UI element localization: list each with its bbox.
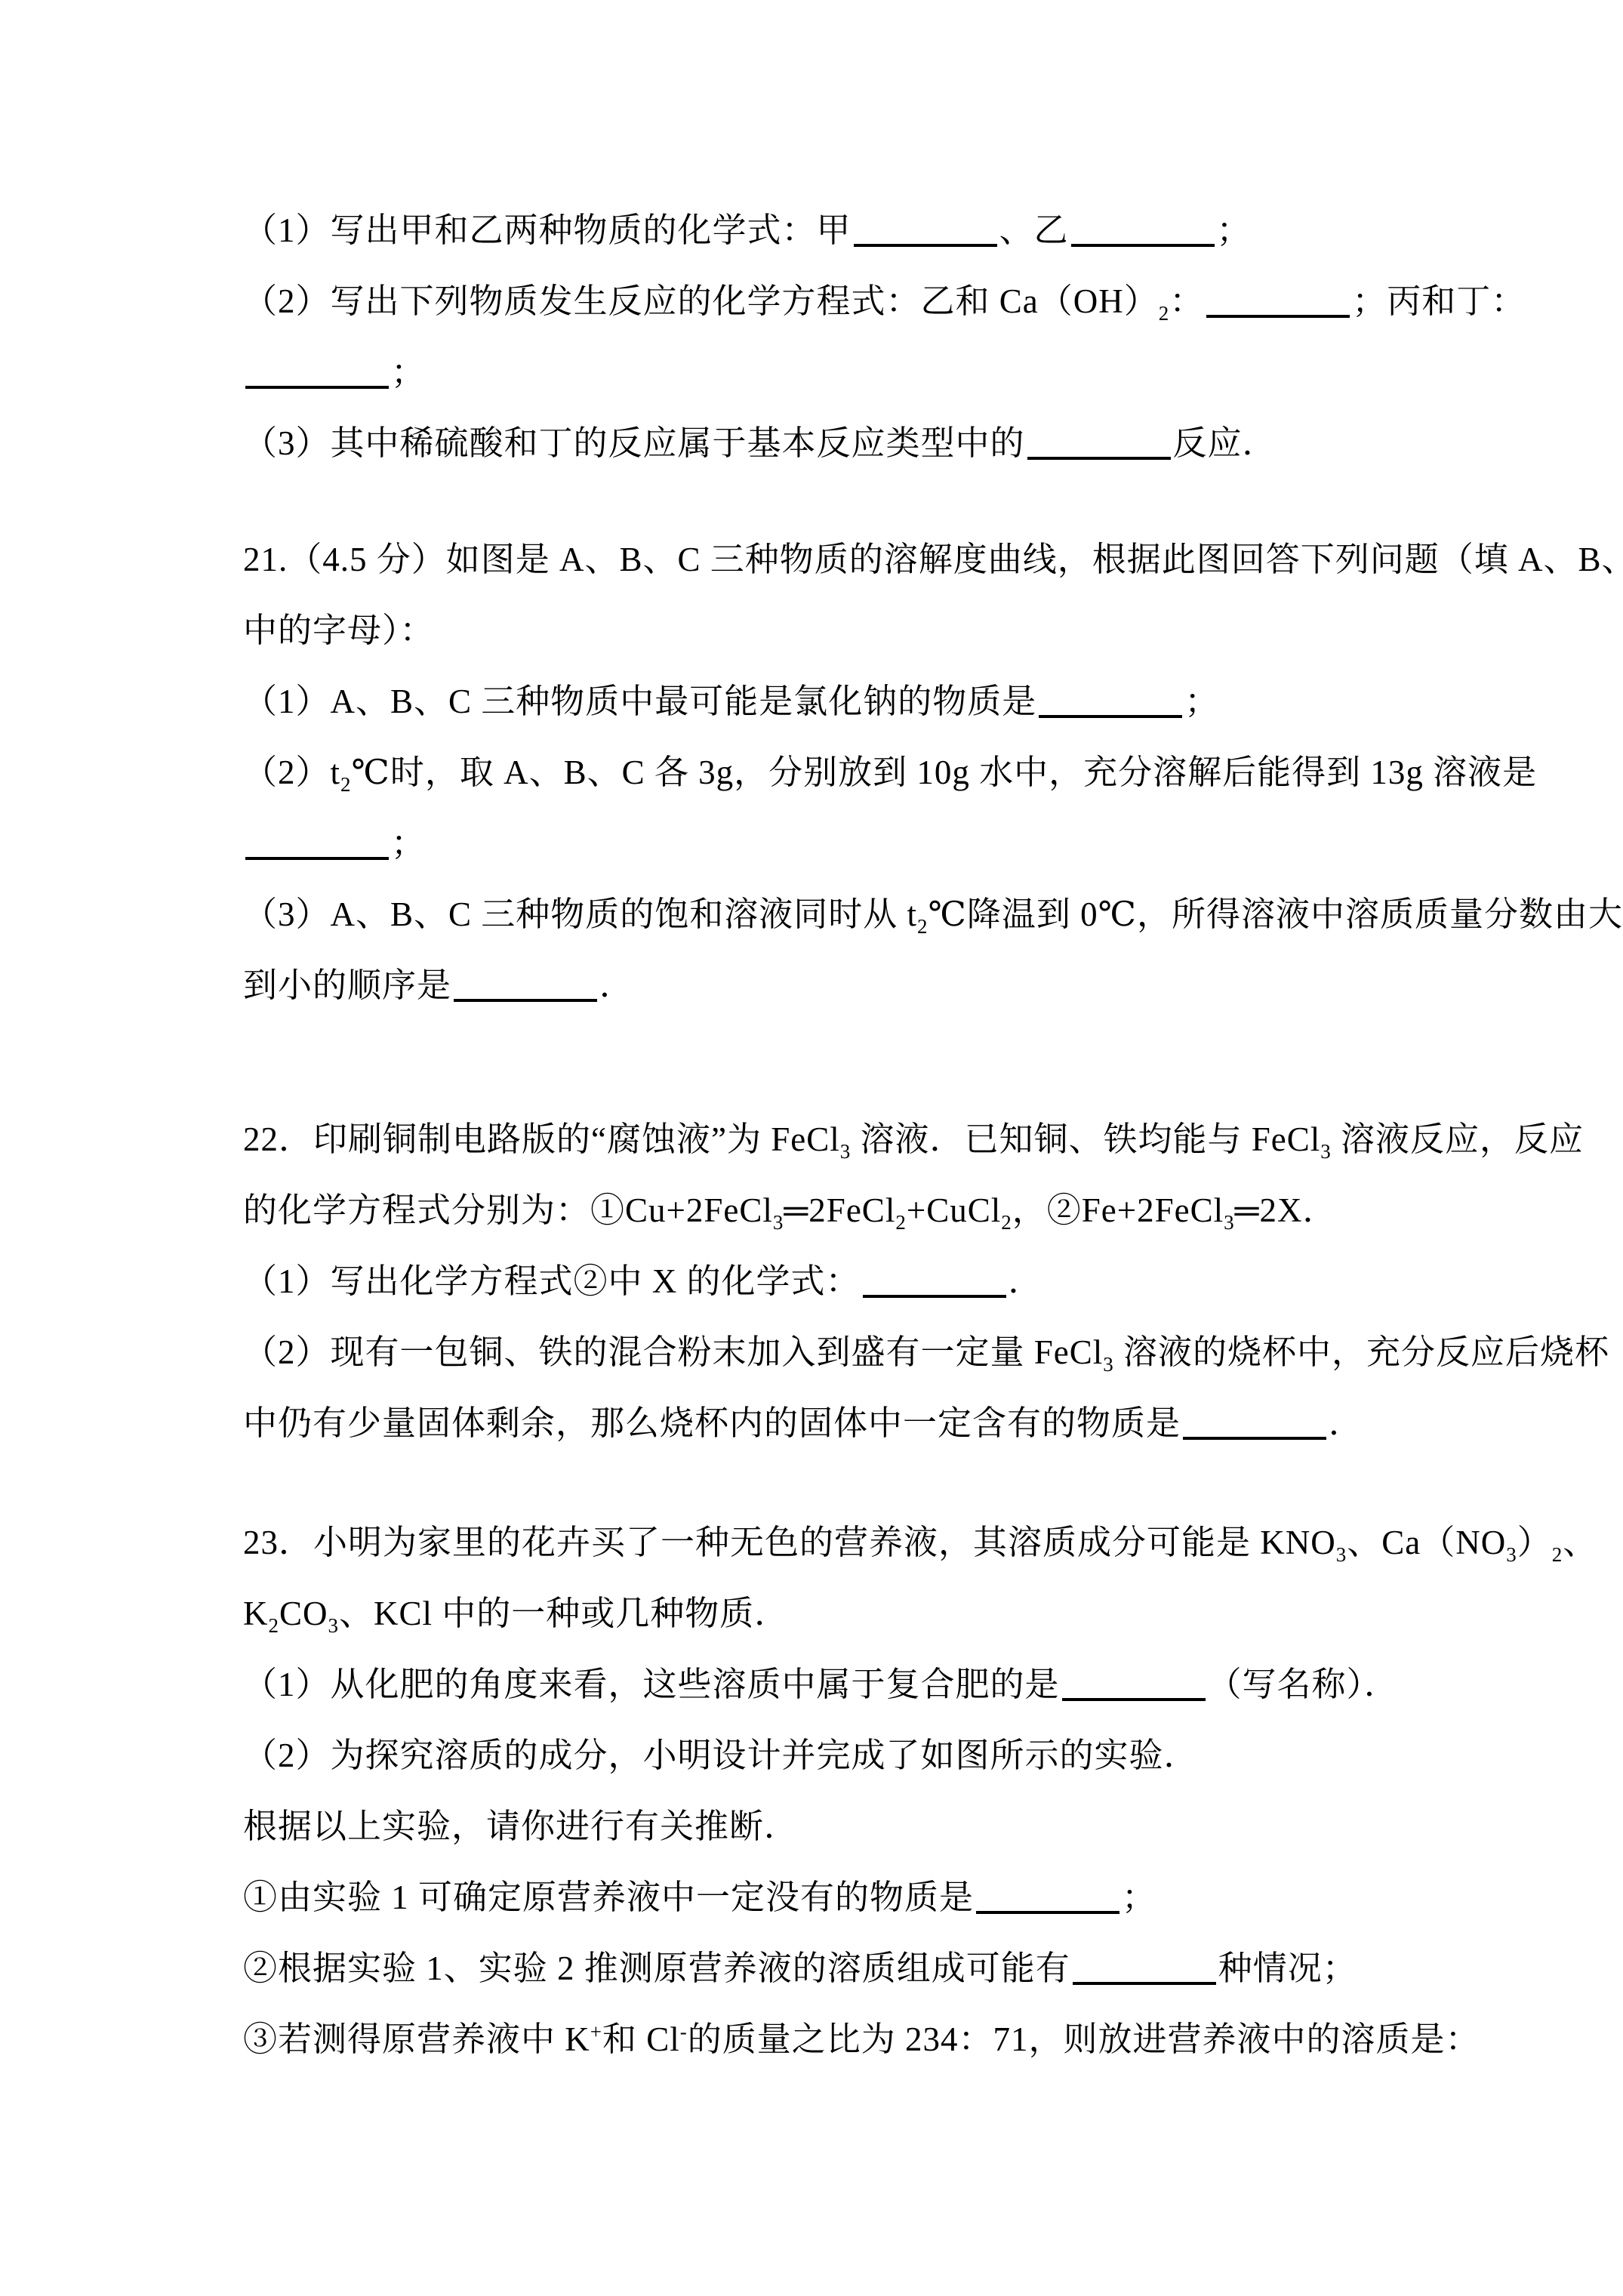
- text-run: 的质量之比为 234：71，则放进营养液中的溶质是：: [688, 2020, 1480, 2058]
- answer-blank: [1071, 236, 1215, 247]
- q21-stem-cont: 中的字母）：: [243, 595, 1517, 666]
- text-run: ═2FeCl: [784, 1191, 895, 1229]
- answer-blank: [1183, 1429, 1326, 1440]
- text-run: ③若测得原营养液中 K: [243, 2020, 590, 2058]
- subscript: 3: [1336, 1543, 1347, 1566]
- text-run: （写名称）．: [1208, 1666, 1400, 1703]
- text-run: CO: [279, 1595, 328, 1632]
- text-run: （2）写出下列物质发生反应的化学方程式：乙和 Ca（OH）: [243, 282, 1159, 320]
- answer-blank: [854, 236, 997, 247]
- answer-blank: [1039, 707, 1182, 718]
- q20-subparts: （1）写出甲和乙两种物质的化学式：甲、乙；（2）写出下列物质发生反应的化学方程式…: [243, 195, 1517, 479]
- text-run: K: [243, 1595, 269, 1632]
- text-run: 溶液反应，反应: [1332, 1120, 1584, 1158]
- text-run: ．: [1329, 1404, 1363, 1442]
- subscript: 2: [895, 1211, 907, 1234]
- text-run: ．: [1009, 1262, 1043, 1300]
- answer-blank: [245, 849, 389, 860]
- superscript: +: [590, 2020, 602, 2043]
- text-run: 中的字母）：: [243, 612, 435, 649]
- subscript: 2: [1001, 1211, 1012, 1234]
- exam-body: （1）写出甲和乙两种物质的化学式：甲、乙；（2）写出下列物质发生反应的化学方程式…: [0, 0, 1623, 2075]
- q21: 21.（4.5 分）如图是 A、B、C 三种物质的溶解度曲线，根据此图回答下列问…: [243, 524, 1517, 1021]
- text-run: （1）从化肥的角度来看，这些溶质中属于复合肥的是: [243, 1666, 1060, 1703]
- text-run: 到小的顺序是: [243, 966, 451, 1004]
- text-run: ；: [1122, 1878, 1156, 1916]
- text-run: 种情况；: [1218, 1949, 1357, 1987]
- superscript: -: [680, 2020, 688, 2043]
- q21-stem: 21.（4.5 分）如图是 A、B、C 三种物质的溶解度曲线，根据此图回答下列问…: [243, 524, 1517, 595]
- text-run: （1）写出甲和乙两种物质的化学式：甲: [243, 211, 852, 249]
- q23-part2: （2）为探究溶质的成分，小明设计并完成了如图所示的实验．: [243, 1720, 1517, 1791]
- text-run: 、KCl 中的一种或几种物质．: [339, 1595, 789, 1632]
- text-run: 、乙: [999, 211, 1069, 249]
- text-run: （2）t: [243, 754, 340, 791]
- q23-stem: 23．小明为家里的花卉买了一种无色的营养液，其溶质成分可能是 KNO3、Ca（N…: [243, 1507, 1517, 1578]
- answer-blank: [1027, 449, 1171, 460]
- q23: 23．小明为家里的花卉买了一种无色的营养液，其溶质成分可能是 KNO3、Ca（N…: [243, 1507, 1517, 2075]
- text-run: ；丙和丁：: [1352, 282, 1526, 320]
- q23-part1: （1）从化肥的角度来看，这些溶质中属于复合肥的是（写名称）．: [243, 1649, 1517, 1720]
- text-run: （2）为探究溶质的成分，小明设计并完成了如图所示的实验．: [243, 1737, 1199, 1774]
- text-run: 和 Cl: [602, 2020, 680, 2058]
- text-run: ①由实验 1 可确定原营养液中一定没有的物质是: [243, 1878, 974, 1916]
- text-run: 反应．: [1173, 424, 1277, 462]
- text-run: 、: [1563, 1524, 1597, 1561]
- q21-part2: （2）t2℃时，取 A、B、C 各 3g，分别放到 10g 水中，充分溶解后能得…: [243, 737, 1517, 808]
- answer-blank: [245, 378, 389, 389]
- text-run: （3）其中稀硫酸和丁的反应属于基本反应类型中的: [243, 424, 1025, 462]
- q21-part3-cont: 到小的顺序是．: [243, 950, 1517, 1021]
- text-run: +CuCl: [907, 1191, 1001, 1229]
- subscript: 3: [328, 1614, 340, 1637]
- text-run: （1）写出化学方程式②中 X 的化学式：: [243, 1262, 861, 1300]
- text-run: ；: [1217, 211, 1252, 249]
- q20-part1: （1）写出甲和乙两种物质的化学式：甲、乙；: [243, 195, 1517, 266]
- answer-blank: [1062, 1690, 1206, 1701]
- text-run: ：: [1169, 282, 1204, 320]
- text-run: 中仍有少量固体剩余，那么烧杯内的固体中一定含有的物质是: [243, 1404, 1181, 1442]
- q21-part3: （3）A、B、C 三种物质的饱和溶液同时从 t2℃降温到 0℃，所得溶液中溶质质…: [243, 879, 1517, 950]
- answer-blank: [863, 1287, 1006, 1298]
- answer-blank: [1073, 1974, 1216, 1985]
- subscript: 2: [269, 1614, 280, 1637]
- subscript: 2: [340, 773, 352, 796]
- text-run: 溶液．已知铜、铁均能与 FeCl: [851, 1120, 1320, 1158]
- q23-sub2: ②根据实验 1、实验 2 推测原营养液的溶质组成可能有种情况；: [243, 1933, 1517, 2004]
- text-run: ②根据实验 1、实验 2 推测原营养液的溶质组成可能有: [243, 1949, 1070, 1987]
- text-run: 的化学方程式分别为：①Cu+2FeCl: [243, 1191, 773, 1229]
- text-run: （3）A、B、C 三种物质的饱和溶液同时从 t: [243, 895, 917, 933]
- answer-blank: [454, 991, 597, 1002]
- q22-part2: （2）现有一包铜、铁的混合粉末加入到盛有一定量 FeCl3 溶液的烧杯中，充分反…: [243, 1317, 1517, 1388]
- q23-sub3: ③若测得原营养液中 K+和 Cl-的质量之比为 234：71，则放进营养液中的溶…: [243, 2004, 1517, 2075]
- q21-part2-cont: ；: [243, 808, 1517, 879]
- q23-sub1: ①由实验 1 可确定原营养液中一定没有的物质是；: [243, 1862, 1517, 1933]
- q20-part2-cont: ；: [243, 337, 1517, 408]
- q21-part1: （1）A、B、C 三种物质中最可能是氯化钠的物质是；: [243, 666, 1517, 737]
- subscript: 3: [1103, 1353, 1114, 1376]
- q22-stem: 22．印刷铜制电路版的“腐蚀液”为 FeCl3 溶液．已知铜、铁均能与 FeCl…: [243, 1104, 1517, 1175]
- answer-blank: [976, 1903, 1119, 1914]
- subscript: 2: [1552, 1543, 1563, 1566]
- exam-page: （1）写出甲和乙两种物质的化学式：甲、乙；（2）写出下列物质发生反应的化学方程式…: [0, 0, 1623, 2296]
- text-run: ℃时，取 A、B、C 各 3g，分别放到 10g 水中，充分溶解后能得到 13g…: [352, 754, 1538, 791]
- q20-part2: （2）写出下列物质发生反应的化学方程式：乙和 Ca（OH）2：；丙和丁：: [243, 266, 1517, 337]
- q22-part2-cont: 中仍有少量固体剩余，那么烧杯内的固体中一定含有的物质是．: [243, 1388, 1517, 1459]
- q22-part1: （1）写出化学方程式②中 X 的化学式：．: [243, 1246, 1517, 1317]
- subscript: 3: [1224, 1211, 1235, 1234]
- text-run: ，②Fe+2FeCl: [1012, 1191, 1224, 1229]
- text-run: ；: [1184, 683, 1219, 720]
- subscript: 3: [840, 1140, 852, 1163]
- q22-equations: 的化学方程式分别为：①Cu+2FeCl3═2FeCl2+CuCl2，②Fe+2F…: [243, 1175, 1517, 1246]
- text-run: 溶液的烧杯中，充分反应后烧杯: [1114, 1333, 1609, 1371]
- text-run: （1）A、B、C 三种物质中最可能是氯化钠的物质是: [243, 683, 1036, 720]
- subscript: 2: [917, 915, 929, 938]
- q22: 22．印刷铜制电路版的“腐蚀液”为 FeCl3 溶液．已知铜、铁均能与 FeCl…: [243, 1104, 1517, 1459]
- text-run: ；: [391, 824, 426, 862]
- text-run: ═2X．: [1235, 1191, 1338, 1229]
- subscript: 3: [1320, 1140, 1332, 1163]
- subscript: 3: [773, 1211, 784, 1234]
- text-run: 21.（4.5 分）如图是 A、B、C 三种物质的溶解度曲线，根据此图回答下列问…: [243, 541, 1623, 578]
- text-run: 22．印刷铜制电路版的“腐蚀液”为 FeCl: [243, 1120, 840, 1158]
- text-run: 23．小明为家里的花卉买了一种无色的营养液，其溶质成分可能是 KNO: [243, 1524, 1336, 1561]
- text-run: ）: [1517, 1524, 1552, 1561]
- text-run: ℃降温到 0℃，所得溶液中溶质质量分数由大: [929, 895, 1623, 933]
- text-run: 根据以上实验，请你进行有关推断．: [243, 1808, 799, 1845]
- subscript: 3: [1506, 1543, 1517, 1566]
- answer-blank: [1206, 307, 1350, 318]
- q20-part3: （3）其中稀硫酸和丁的反应属于基本反应类型中的反应．: [243, 408, 1517, 479]
- text-run: ；: [391, 353, 426, 391]
- q23-note: 根据以上实验，请你进行有关推断．: [243, 1791, 1517, 1862]
- subscript: 2: [1159, 302, 1170, 325]
- text-run: ．: [599, 966, 634, 1004]
- text-run: 、Ca（NO: [1347, 1524, 1506, 1561]
- text-run: （2）现有一包铜、铁的混合粉末加入到盛有一定量 FeCl: [243, 1333, 1103, 1371]
- q23-stem-cont: K2CO3、KCl 中的一种或几种物质．: [243, 1578, 1517, 1649]
